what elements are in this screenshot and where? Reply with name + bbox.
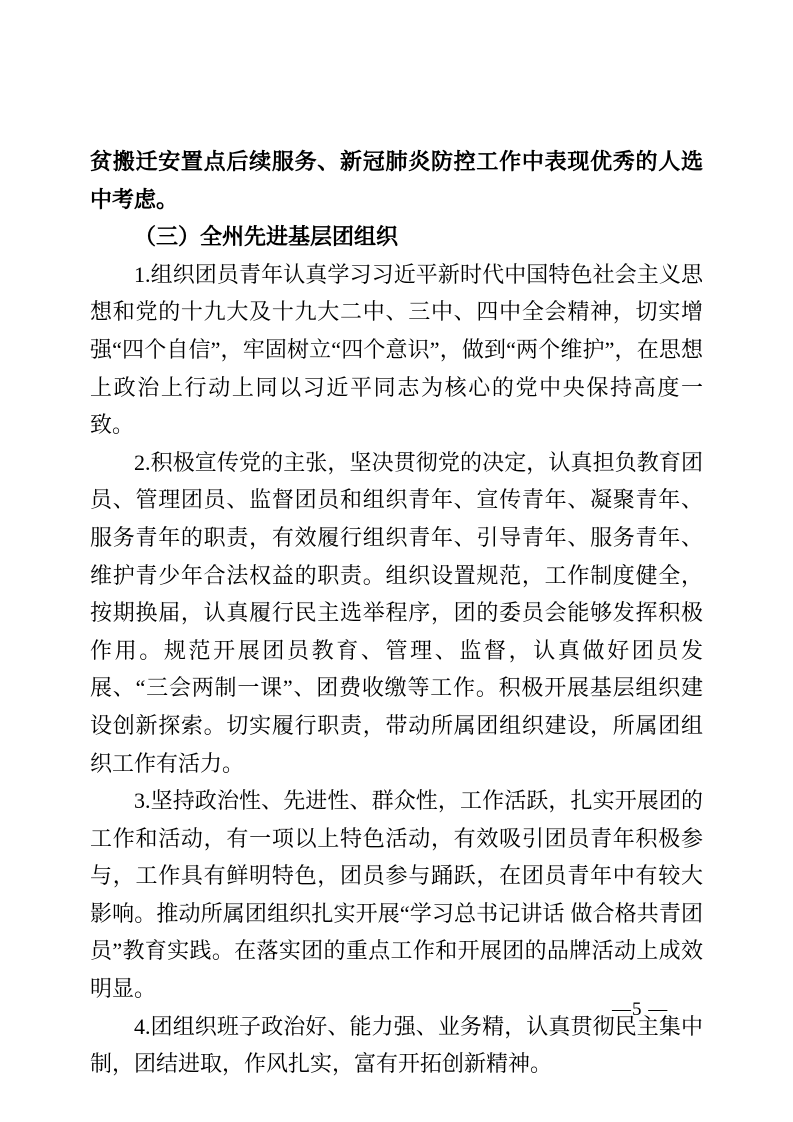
document-body: 贫搬迁安置点后续服务、新冠肺炎防控工作中表现优秀的人选中考虑。 （三）全州先进基… — [90, 143, 703, 1083]
page-number: —5 — — [612, 999, 668, 1021]
paragraph-item-1: 1.组织团员青年认真学习习近平新时代中国特色社会主义思想和党的十九大及十九大二中… — [90, 256, 703, 444]
paragraph-item-2: 2.积极宣传党的主张，坚决贯彻党的决定，认真担负教育团员、管理团员、监督团员和组… — [90, 444, 703, 782]
section-heading: （三）全州先进基层团组织 — [90, 218, 703, 256]
continued-paragraph: 贫搬迁安置点后续服务、新冠肺炎防控工作中表现优秀的人选中考虑。 — [90, 143, 703, 218]
document-page: 贫搬迁安置点后续服务、新冠肺炎防控工作中表现优秀的人选中考虑。 （三）全州先进基… — [0, 0, 793, 1122]
paragraph-item-3: 3.坚持政治性、先进性、群众性，工作活跃，扎实开展团的工作和活动，有一项以上特色… — [90, 782, 703, 1008]
